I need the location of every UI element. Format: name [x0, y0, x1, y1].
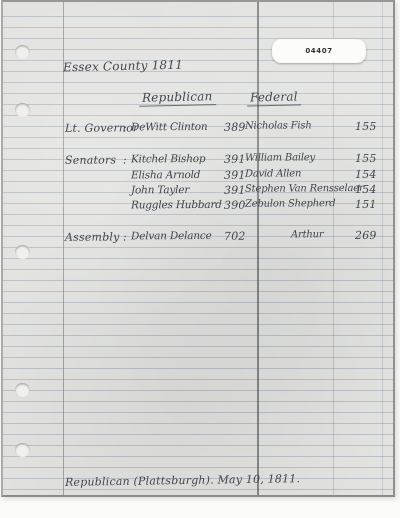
federal-candidate: Zebulon Shepherd: [245, 198, 336, 210]
federal-candidate: David Allen: [245, 168, 301, 179]
federal-votes: 151: [355, 198, 377, 211]
margin-line: [63, 2, 64, 495]
republican-candidate: Kitchel Bishop: [131, 153, 206, 165]
punch-hole: [15, 443, 30, 457]
federal-votes: 154: [355, 168, 377, 181]
right-edge-rule: [382, 2, 383, 495]
federal-candidate: Stephen Van Rensselaer: [245, 183, 364, 195]
federal-votes: 269: [355, 229, 377, 242]
federal-votes: 155: [355, 152, 377, 165]
republican-candidate: Elisha Arnold: [131, 169, 200, 181]
federal-candidate: William Bailey: [245, 152, 315, 163]
ledger-page: 04407 Essex County 1811 Republican Feder…: [1, 0, 395, 497]
office-label: Assembly: [65, 230, 120, 243]
page-title: Essex County 1811: [63, 58, 183, 75]
catalog-label: 04407: [272, 39, 366, 63]
office-colon: :: [123, 153, 127, 166]
tally-row: Assembly : Delvan Delance 702 Arthur 269: [3, 229, 393, 246]
center-column-rule: [257, 2, 259, 495]
republican-votes: 702: [224, 230, 246, 243]
ruled-lines: [3, 6, 393, 494]
federal-votes: 155: [355, 120, 377, 133]
republican-candidate: Ruggles Hubbard: [131, 199, 222, 212]
federal-votes: 154: [355, 183, 377, 196]
punch-hole: [15, 383, 30, 397]
tally-row: Lt. Governor : DeWitt Clinton 389 Nichol…: [3, 120, 393, 137]
scan-background: 04407 Essex County 1811 Republican Feder…: [0, 0, 400, 518]
office-colon: :: [123, 121, 127, 134]
republican-candidate: John Tayler: [131, 184, 189, 196]
republican-votes: 391: [224, 184, 246, 197]
republican-candidate: Delvan Delance: [131, 230, 212, 242]
tally-row: Ruggles Hubbard 390 Zebulon Shepherd 151: [3, 198, 393, 215]
office-label: Lt. Governor: [65, 121, 139, 134]
republican-votes: 389: [224, 121, 246, 134]
republican-votes: 391: [224, 169, 246, 182]
federal-candidate: Arthur: [291, 229, 324, 240]
punch-hole: [15, 245, 30, 259]
punch-hole: [15, 103, 30, 117]
catalog-number: 04407: [305, 47, 332, 55]
tally-row: Senators : Kitchel Bishop 391 William Ba…: [3, 152, 393, 169]
column-header-federal: Federal: [247, 89, 301, 106]
column-header-republican: Republican: [139, 89, 216, 107]
federal-candidate: Nicholas Fish: [245, 120, 312, 131]
votes-column-rule: [333, 2, 334, 495]
office-label: Senators: [65, 153, 116, 166]
republican-votes: 390: [224, 199, 246, 212]
office-colon: :: [123, 230, 127, 243]
republican-candidate: DeWitt Clinton: [131, 121, 207, 133]
republican-votes: 391: [224, 153, 246, 166]
paper-texture: [3, 2, 393, 495]
punch-hole: [15, 45, 30, 59]
source-citation: Republican (Plattsburgh). May 10, 1811.: [65, 472, 300, 489]
